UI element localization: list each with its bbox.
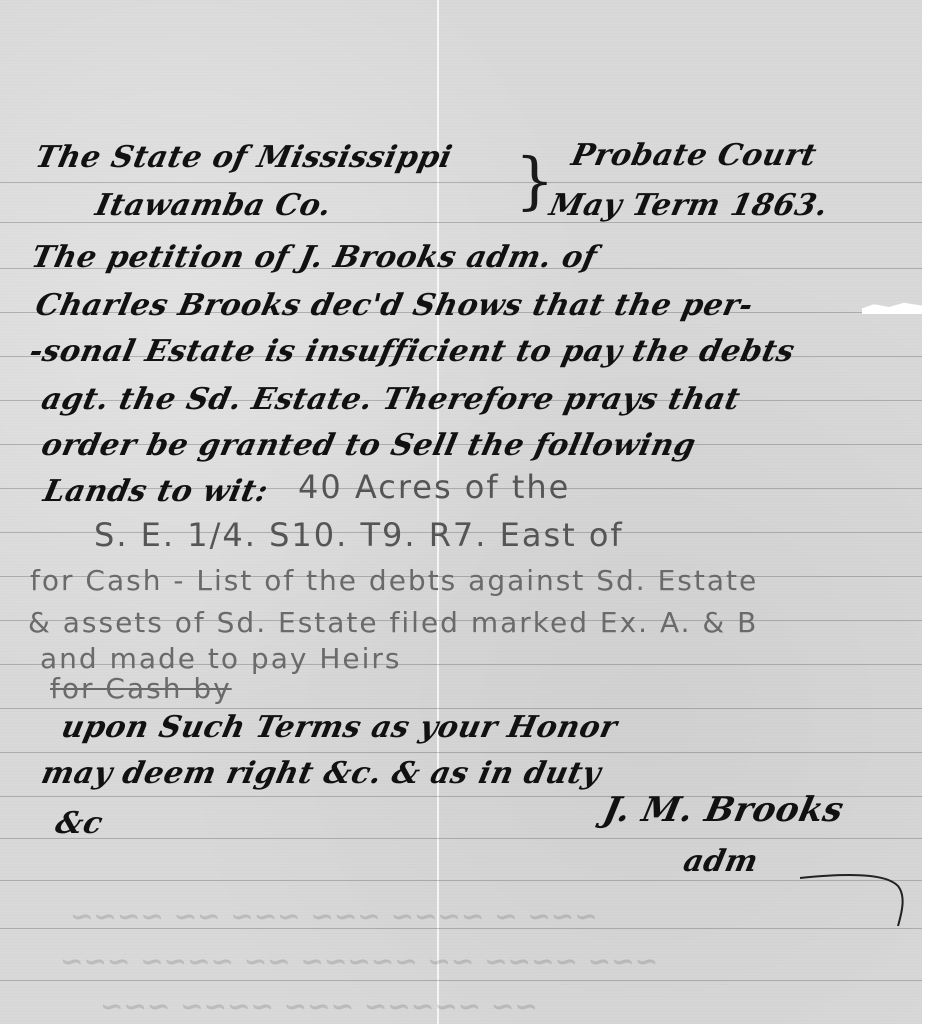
ghost-text: ~~~ ~~~~ ~~ ~~~~~ ~~ ~~~~ ~~~ [60,945,658,978]
body-line-5: order be granted to Sell the following [38,428,699,463]
closing-line-2: may deem right &c. & as in duty [38,756,604,791]
header-court: Probate Court [568,138,819,173]
body-line-3: -sonal Estate is insufficient to pay the… [26,334,798,369]
brace-symbol: } [515,150,554,212]
ghost-text: ~~~ ~ ~~~~ ~~~ ~~~ ~~ ~~~~ [70,900,598,933]
signature-name: J. M. Brooks [600,790,848,830]
ruled-line [0,708,922,709]
ruled-line [0,752,922,753]
pencil-made: and made to pay Heirs [40,642,401,675]
body-line-2: Charles Brooks dec'd Shows that the per- [32,288,756,323]
signature-flourish [680,860,910,930]
header-term: May Term 1863. [546,188,831,223]
pencil-cash-list: for Cash - List of the debts against Sd.… [30,564,758,597]
pencil-legal-description: S. E. 1/4. S10. T9. R7. East of [94,516,624,554]
closing-line-3: &c [52,806,106,841]
torn-edge [862,300,922,314]
pencil-acres: 40 Acres of the [298,468,570,506]
body-line-4: agt. the Sd. Estate. Therefore prays tha… [38,382,743,417]
pencil-assets: & assets of Sd. Estate filed marked Ex. … [28,606,758,639]
ruled-line [0,980,922,981]
header-state: The State of Mississippi [32,140,455,175]
ruled-line [0,182,922,183]
ghost-text: ~~ ~~~~~ ~~~ ~~~~ ~~~ [100,990,538,1023]
pencil-struck-cash: for Cash by [50,672,232,705]
body-line-6: Lands to wit: [40,474,271,509]
body-line-1: The petition of J. Brooks adm. of [28,240,600,275]
ruled-line [0,838,922,839]
header-county: Itawamba Co. [92,188,334,223]
closing-line-1: upon Such Terms as your Honor [58,710,620,745]
document-page: The State of Mississippi Itawamba Co. } … [0,0,922,1024]
